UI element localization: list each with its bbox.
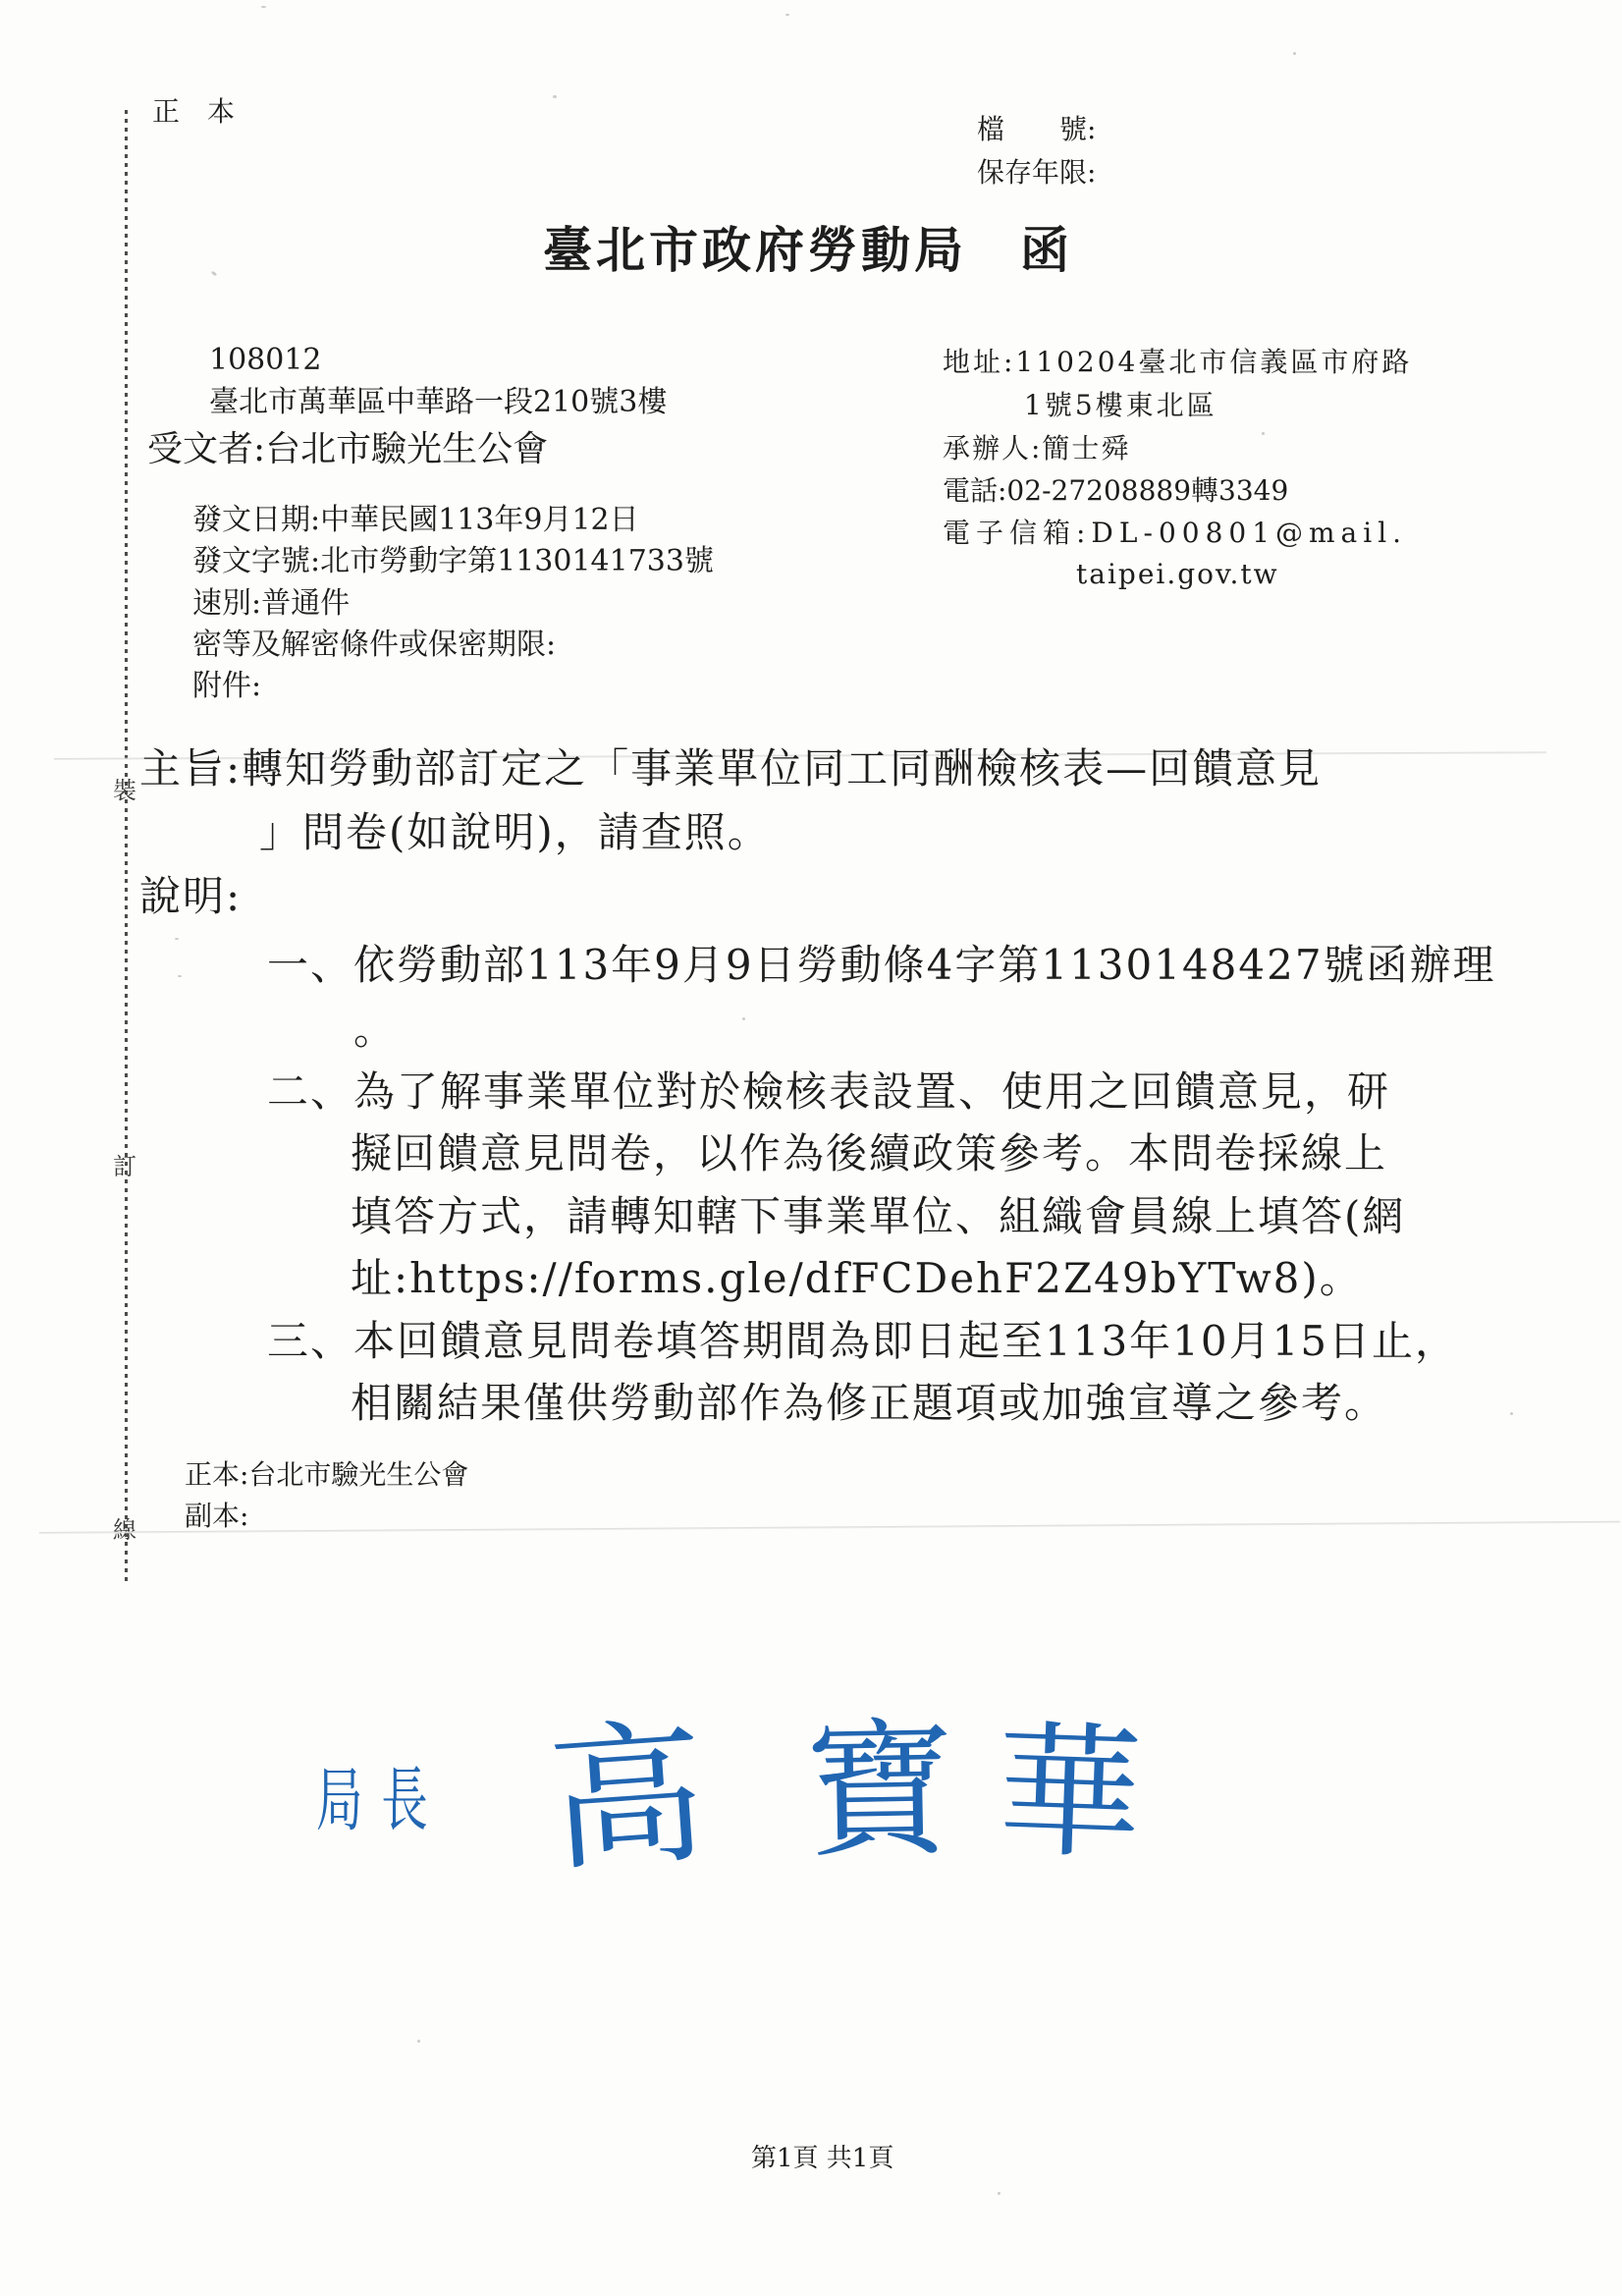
signature-title: 局長	[316, 1766, 446, 1835]
attachment-label: 附件:	[192, 672, 261, 701]
recipient-zip: 108012	[209, 346, 322, 375]
explanation-item2-line4: 址:https://forms.gle/dfFCDehF2Z49bYTw8)。	[351, 1258, 1363, 1299]
binding-mark-zhuang: 裝	[113, 779, 136, 802]
subject-line1: 主旨:轉知勞動部訂定之「事業單位同工同酬檢核表—回饋意見	[139, 748, 1322, 790]
paper-crease-bottom	[39, 1521, 1620, 1534]
security-class: 密等及解密條件或保密期限:	[192, 630, 556, 660]
explanation-item2-line1: 二、為了解事業單位對於檢核表設置、使用之回饋意見，研	[267, 1071, 1390, 1113]
signature-name-char1: 高	[545, 1716, 711, 1882]
sender-address-line2: 1號5樓東北區	[1024, 392, 1217, 419]
issue-date: 發文日期:中華民國113年9月12日	[192, 506, 639, 535]
explanation-item3-line2: 相關結果僅供勞動部作為修正題項或加強宣導之參考。	[351, 1383, 1387, 1424]
explanation-item2-line3: 填答方式，請轉知轄下事業單位、組織會員線上填答(網	[351, 1196, 1405, 1237]
binding-mark-ding: 訂	[113, 1155, 136, 1178]
binding-dotted-line	[125, 110, 128, 1583]
explanation-item1-line1: 一、依勞動部113年9月9日勞動條4字第1130148427號函辦理	[267, 945, 1496, 986]
sender-phone: 電話:02-27208889轉3349	[943, 477, 1288, 505]
distribution-original: 正本:台北市驗光生公會	[185, 1461, 468, 1489]
retention-period-label: 保存年限:	[977, 159, 1096, 187]
sender-officer: 承辦人:簡士舜	[943, 435, 1130, 463]
explanation-item3-line1: 三、本回饋意見問卷填答期間為即日起至113年10月15日止，	[267, 1321, 1458, 1362]
binding-mark-xian: 線	[113, 1518, 136, 1542]
signature-name-char3: 華	[994, 1718, 1144, 1868]
recipient-line: 受文者:台北市驗光生公會	[147, 432, 548, 467]
explanation-heading: 說明:	[139, 876, 242, 917]
doc-number: 發文字號:北市勞動字第1130141733號	[192, 547, 714, 576]
speed-class: 速別:普通件	[192, 589, 350, 619]
subject-line2: 」問卷(如說明)，請查照。	[259, 812, 771, 853]
copy-type-label: 正 本	[152, 98, 235, 126]
distribution-copy: 副本:	[185, 1503, 248, 1530]
scanned-official-letter: 裝 訂 線 正 本 檔 號: 保存年限: 臺北市政府勞動局 函 108012 臺…	[0, 0, 1622, 2296]
recipient-address: 臺北市萬華區中華路一段210號3樓	[209, 388, 667, 417]
explanation-item1-line2: 。	[353, 1010, 395, 1051]
file-number-label: 檔 號:	[977, 116, 1096, 143]
document-title: 臺北市政府勞動局 函	[543, 226, 1073, 275]
page-number-footer: 第1頁 共1頁	[751, 2146, 893, 2171]
sender-email-line2: taipei.gov.tw	[1076, 561, 1279, 588]
sender-email-line1: 電子信箱:DL-00801@mail.	[943, 519, 1407, 547]
explanation-item2-line2: 擬回饋意見問卷，以作為後續政策參考。本問卷採線上	[351, 1133, 1387, 1175]
signature-name-char2: 寶	[804, 1716, 956, 1868]
sender-address-line1: 地址:110204臺北市信義區市府路	[943, 349, 1412, 376]
